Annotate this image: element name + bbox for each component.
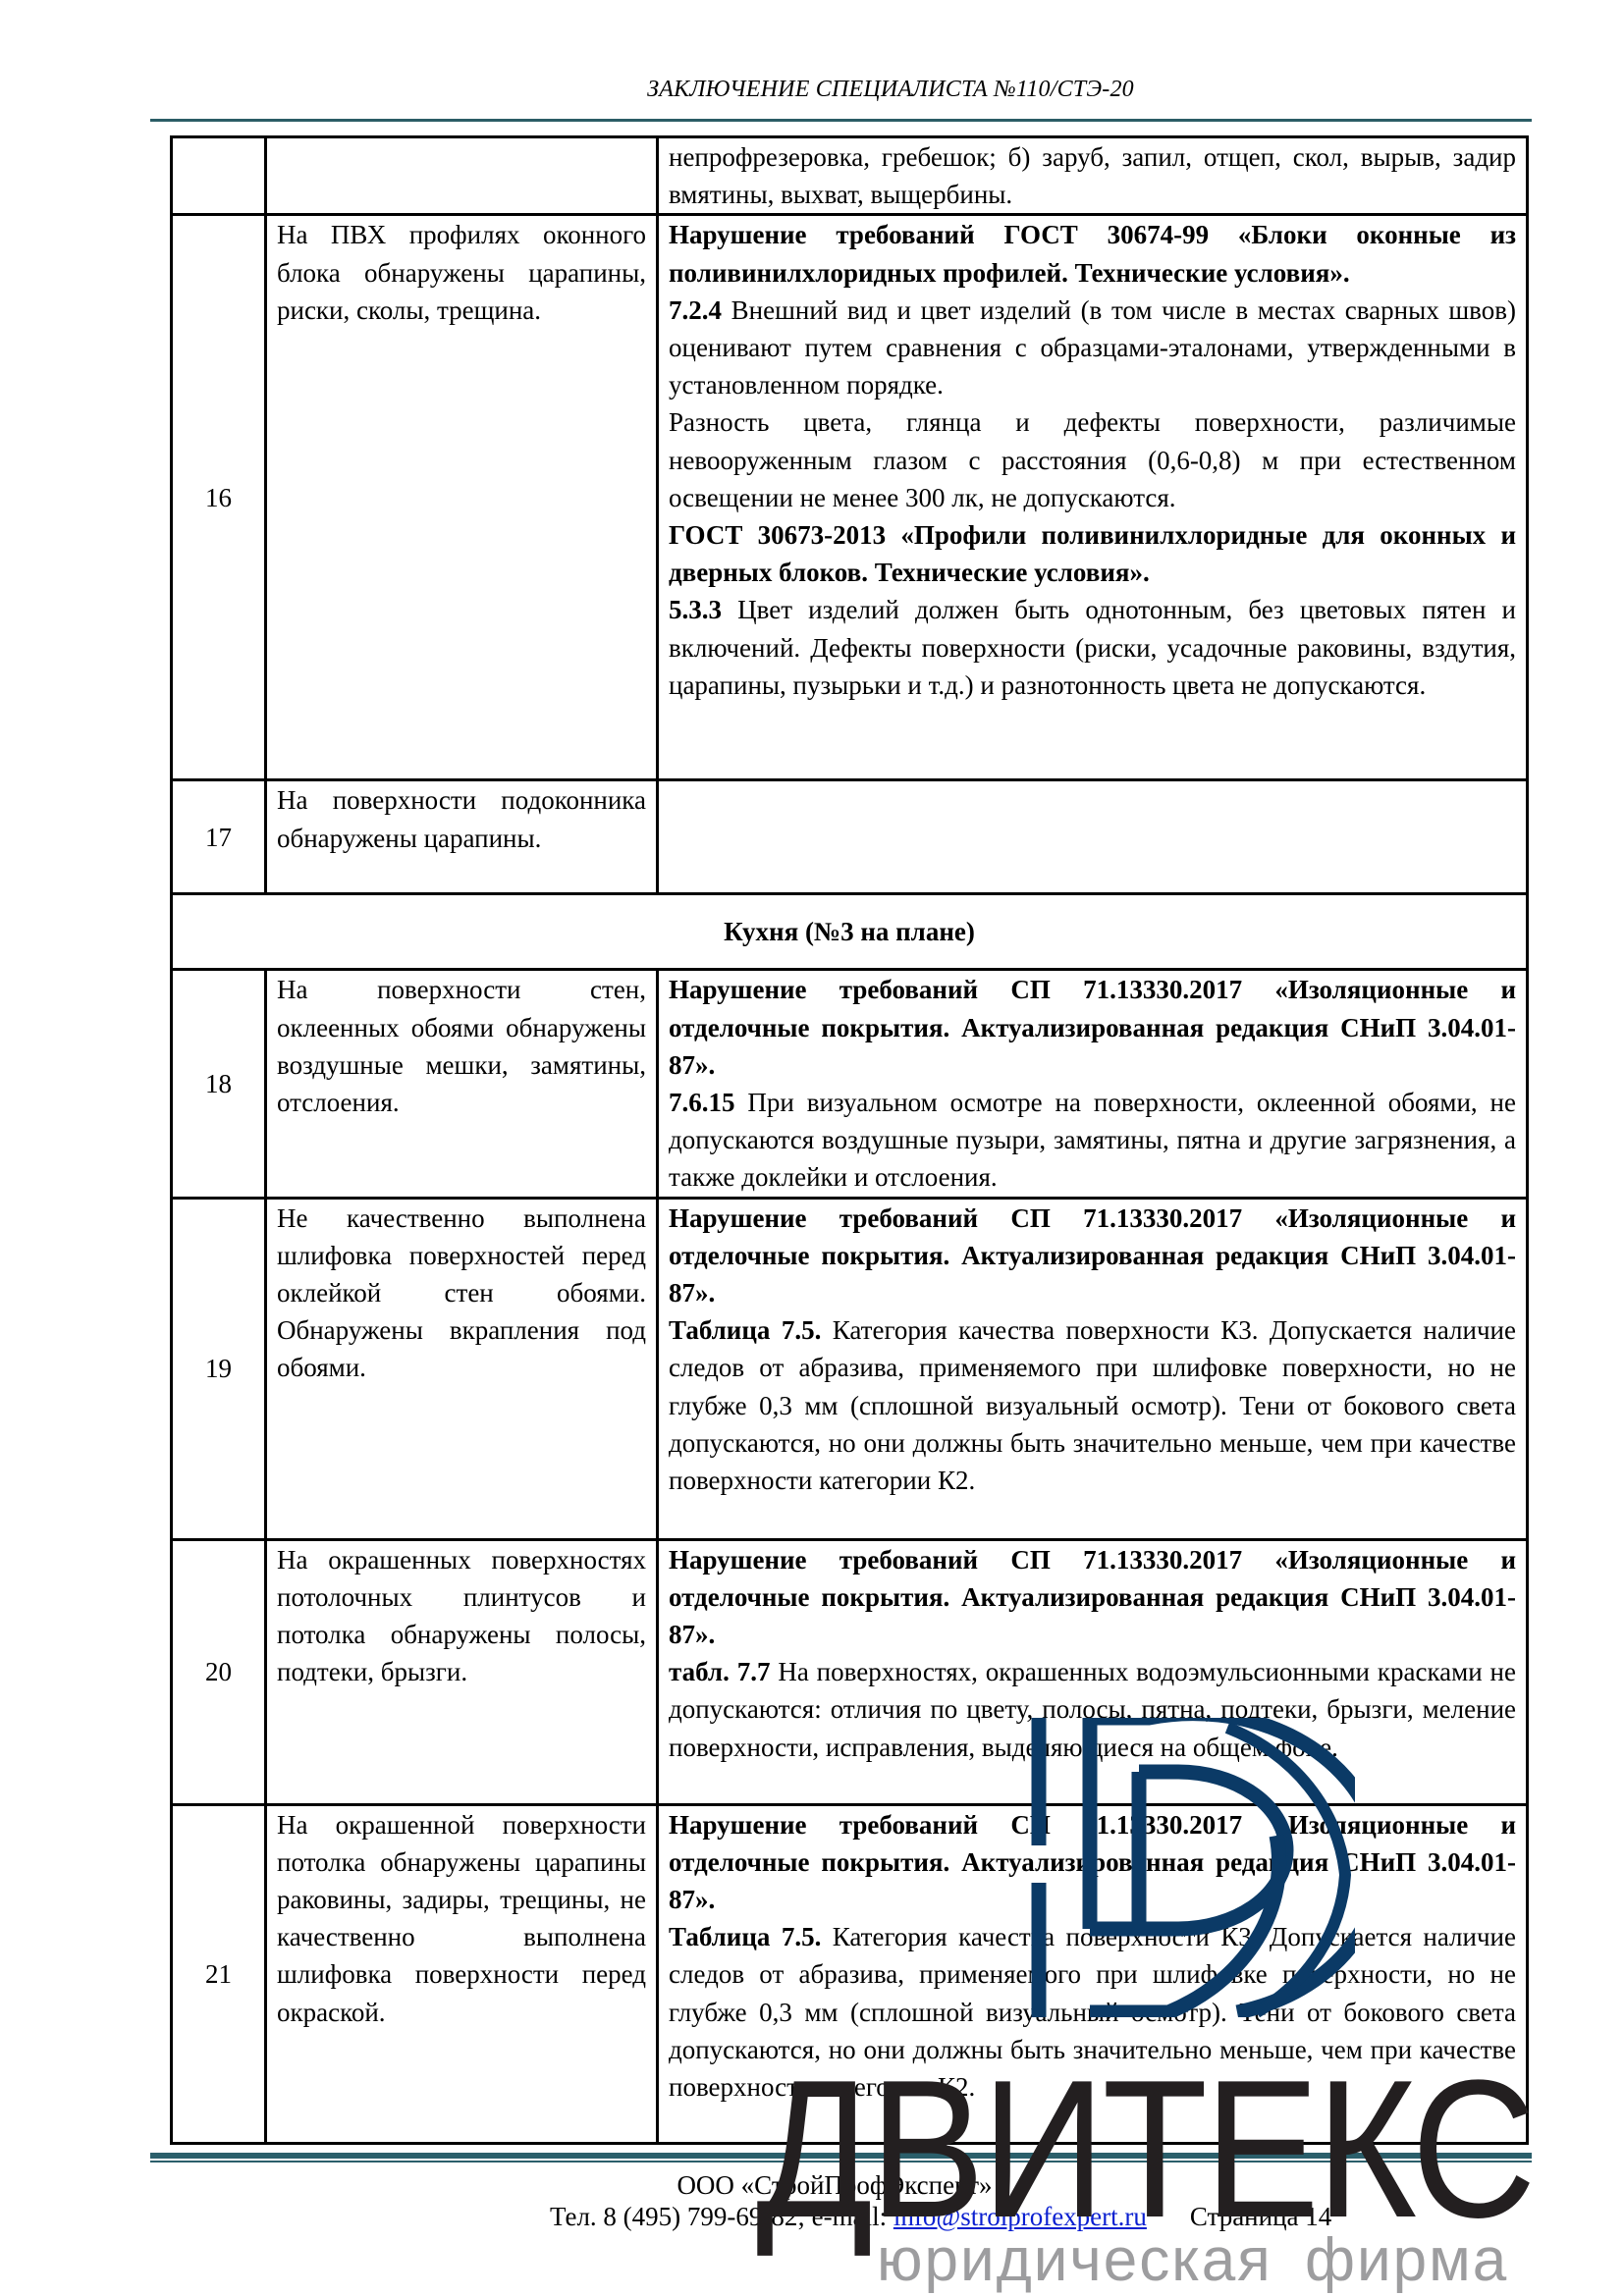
norm-reference: Нарушение требований СП 71.13330.2017 «И…	[669, 975, 1516, 1079]
norm-reference: 7.2.4	[669, 295, 722, 325]
defect-description: На поверхности подоконника обнаружены ца…	[266, 780, 658, 894]
norm-paragraph: Нарушение требований СП 71.13330.2017 «И…	[669, 1541, 1516, 1654]
row-number	[172, 137, 266, 215]
watermark-tagline: юридическая фирма	[877, 2228, 1508, 2293]
row-number: 17	[172, 780, 266, 894]
norm-paragraph: Таблица 7.5. Категория качества поверхно…	[669, 1311, 1516, 1499]
norm-reference: 7.6.15	[669, 1088, 735, 1117]
table-row: 18На поверхности стен, оклеенных обоями …	[172, 970, 1528, 1198]
defect-description: На ПВХ профилях оконного блока обнаружен…	[266, 215, 658, 780]
defect-description: На окрашенной поверхности потолка обнару…	[266, 1804, 658, 2143]
norm-paragraph: ГОСТ 30673-2013 «Профили поливинилхлорид…	[669, 516, 1516, 591]
norm-paragraph: Нарушение требований СП 71.13330.2017 «И…	[669, 1200, 1516, 1312]
row-number: 20	[172, 1539, 266, 1804]
defect-description: На поверхности стен, оклеенных обоями об…	[266, 970, 658, 1198]
norm-reference: ГОСТ 30673-2013 «Профили поливинилхлорид…	[669, 520, 1516, 587]
header-rule	[150, 119, 1532, 122]
norm-cell: Нарушение требований СП 71.13330.2017 «И…	[658, 970, 1528, 1198]
norm-cell: Нарушение требований СП 71.13330.2017 «И…	[658, 1198, 1528, 1539]
watermark-brand-name: ДВИТЕКС	[756, 2052, 1533, 2248]
section-title: Кухня (№3 на плане)	[172, 894, 1528, 970]
norm-text: При визуальном осмотре на поверхности, о…	[669, 1088, 1516, 1192]
norm-text: Внешний вид и цвет изделий (в том числе …	[669, 295, 1516, 400]
norm-reference: Таблица 7.5.	[669, 1315, 821, 1345]
norm-reference: Нарушение требований СП 71.13330.2017 «И…	[669, 1545, 1516, 1649]
row-number: 21	[172, 1804, 266, 2143]
defect-description	[266, 137, 658, 215]
norm-reference: 5.3.3	[669, 595, 722, 624]
norm-cell: Нарушение требований ГОСТ 30674-99 «Блок…	[658, 215, 1528, 780]
table-row-continuation: непрофрезеровка, гребешок; б) заруб, зап…	[172, 137, 1528, 215]
defect-description: Не качественно выполнена шлифовка поверх…	[266, 1198, 658, 1539]
norm-paragraph: Нарушение требований ГОСТ 30674-99 «Блок…	[669, 216, 1516, 291]
defect-description: На окрашенных поверхностях потолочных пл…	[266, 1539, 658, 1804]
table-row: 16На ПВХ профилях оконного блока обнаруж…	[172, 215, 1528, 780]
norm-reference: Таблица 7.5.	[669, 1922, 821, 1951]
section-row: Кухня (№3 на плане)	[172, 894, 1528, 970]
norm-reference: Нарушение требований СП 71.13330.2017 «И…	[669, 1203, 1516, 1308]
norm-reference: табл. 7.7	[669, 1657, 770, 1686]
norm-paragraph: 5.3.3 Цвет изделий должен быть однотонны…	[669, 591, 1516, 704]
norm-paragraph: Разность цвета, глянца и дефекты поверхн…	[669, 403, 1516, 516]
row-number: 16	[172, 215, 266, 780]
norm-text: Разность цвета, глянца и дефекты поверхн…	[669, 407, 1516, 511]
norm-cell	[658, 780, 1528, 894]
dd-logo-icon	[1031, 1718, 1355, 2017]
norm-paragraph: Нарушение требований СП 71.13330.2017 «И…	[669, 971, 1516, 1084]
norm-paragraph: 7.6.15 При визуальном осмотре на поверхн…	[669, 1084, 1516, 1197]
row-number: 19	[172, 1198, 266, 1539]
norm-reference: Нарушение требований ГОСТ 30674-99 «Блок…	[669, 220, 1516, 287]
norm-text: Цвет изделий должен быть однотонным, без…	[669, 595, 1516, 699]
norm-paragraph: 7.2.4 Внешний вид и цвет изделий (в том …	[669, 292, 1516, 404]
table-row: 19Не качественно выполнена шлифовка пове…	[172, 1198, 1528, 1539]
norm-cell: непрофрезеровка, гребешок; б) заруб, зап…	[658, 137, 1528, 215]
table-row: 17На поверхности подоконника обнаружены …	[172, 780, 1528, 894]
row-number: 18	[172, 970, 266, 1198]
document-header-title: ЗАКЛЮЧЕНИЕ СПЕЦИАЛИСТА №110/СТЭ-20	[0, 77, 1624, 103]
